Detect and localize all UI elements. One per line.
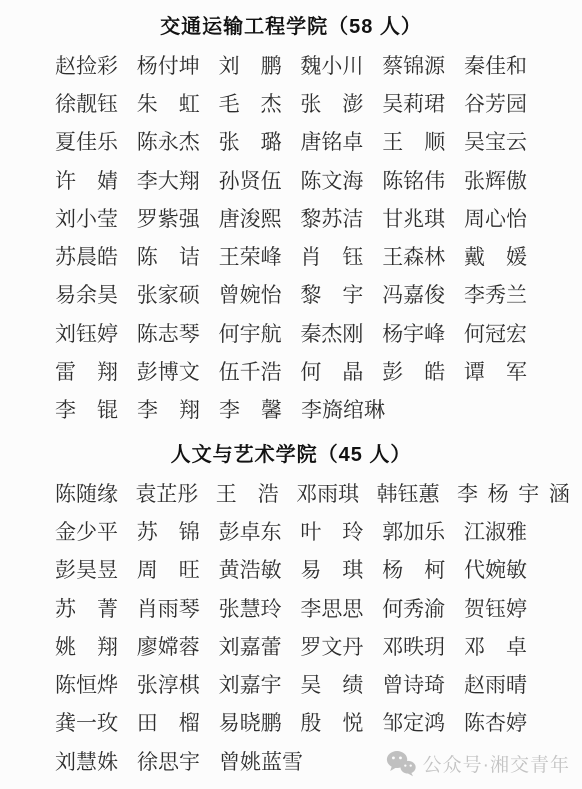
name-char: 易 (300, 560, 321, 581)
wechat-icon (386, 750, 416, 777)
name-char: 杨 (382, 560, 403, 581)
person-name: 陈铭伟 (382, 171, 445, 192)
name-char: 晶 (342, 362, 363, 383)
name-char: 吴 (300, 675, 321, 696)
name-char: 钰 (342, 247, 363, 268)
person-name: 周心怡 (464, 209, 527, 230)
person-name: 张璐 (219, 132, 282, 153)
person-name: 苏晨皓 (55, 247, 118, 268)
person-name: 邓雨琪 (296, 484, 359, 505)
person-name: 郭加乐 (382, 522, 445, 543)
name-char: 悦 (342, 713, 363, 734)
person-name: 曾诗琦 (382, 675, 445, 696)
name-char: 王 (382, 132, 403, 153)
name-char: 黎 (300, 285, 321, 306)
name-char: 田 (137, 713, 158, 734)
person-name: 王森林 (382, 247, 445, 268)
name-row: 姚翔廖嫦蓉刘嘉蕾罗文丹邓昳玥邓卓 (55, 628, 527, 666)
name-char: 浩 (258, 484, 279, 505)
name-char: 诘 (179, 247, 200, 268)
name-char: 绩 (342, 675, 363, 696)
person-name: 谭军 (464, 362, 527, 383)
person-name: 田榴 (137, 713, 200, 734)
watermark-text: 公众号·湘交青年 (423, 750, 570, 777)
section: 交通运输工程学院（58 人）赵捡彩杨付坤刘鹏魏小川蔡锦源秦佳和徐靓钰朱虹毛杰张澎… (55, 2, 527, 430)
person-name: 肖钰 (300, 247, 363, 268)
name-row: 龚一玫田榴易晓鹏殷悦邹定鸿陈杏婷 (55, 705, 527, 743)
name-char: 媛 (506, 247, 527, 268)
name-char: 王 (216, 484, 237, 505)
name-char: 皓 (424, 362, 445, 383)
person-name: 魏小川 (300, 56, 363, 77)
name-char: 旺 (179, 560, 200, 581)
person-name: 刘鹏 (219, 56, 282, 77)
person-name: 易余昊 (55, 285, 118, 306)
name-char: 菁 (97, 599, 118, 620)
name-char: 杰 (261, 94, 282, 115)
person-name: 李锟 (55, 400, 118, 421)
person-name: 杨付坤 (137, 56, 200, 77)
person-name: 徐靓钰 (55, 94, 118, 115)
person-name: 李旖绾琳 (301, 400, 388, 421)
name-char: 叶 (300, 522, 321, 543)
person-name: 刘小莹 (55, 209, 118, 230)
person-name: 戴媛 (464, 247, 527, 268)
person-name: 刘嘉蕾 (219, 637, 282, 658)
person-name: 彭昊昱 (55, 560, 118, 581)
name-char: 婧 (97, 171, 118, 192)
person-name: 张淳棋 (137, 675, 200, 696)
person-name: 唐铭卓 (300, 132, 363, 153)
person-name: 陈诘 (137, 247, 200, 268)
name-char: 锟 (97, 400, 118, 421)
person-name: 谷芳园 (464, 94, 527, 115)
person-name: 何冠宏 (464, 324, 527, 345)
name-char: 雷 (55, 362, 76, 383)
watermark: 公众号·湘交青年 (386, 750, 570, 777)
person-name: 李馨 (219, 400, 282, 421)
person-name: 蔡锦源 (382, 56, 445, 77)
name-row: 刘小莹罗紫强唐浚熙黎苏洁甘兆琪周心怡 (55, 200, 527, 238)
person-name: 邹定鸿 (382, 713, 445, 734)
name-char: 朱 (137, 94, 158, 115)
person-name: 韩钰蕙 (377, 484, 440, 505)
name-char: 玲 (342, 522, 363, 543)
name-char: 谭 (464, 362, 485, 383)
person-name: 刘嘉宇 (219, 675, 282, 696)
name-char: 殷 (300, 713, 321, 734)
person-name: 刘钰婷 (55, 324, 118, 345)
name-char: 翔 (179, 400, 200, 421)
name-char: 宇 (518, 484, 539, 505)
name-char: 邓 (464, 637, 485, 658)
name-char: 琪 (342, 560, 363, 581)
person-name: 曾姚蓝雪 (219, 752, 306, 773)
person-name: 罗紫强 (137, 209, 200, 230)
person-name: 廖嫦蓉 (137, 637, 200, 658)
person-name: 陈随缘 (55, 484, 118, 505)
name-char: 李 (137, 400, 158, 421)
name-char: 璐 (261, 132, 282, 153)
name-char: 陈 (137, 247, 158, 268)
name-char: 卓 (506, 637, 527, 658)
person-name: 苏锦 (137, 522, 200, 543)
name-row: 李锟李翔李馨李旖绾琳 (55, 392, 527, 430)
name-row: 许婧李大翔孙贤伍陈文海陈铭伟张辉傲 (55, 162, 527, 200)
name-char: 宇 (342, 285, 363, 306)
person-name: 彭皓 (382, 362, 445, 383)
person-name: 张慧玲 (219, 599, 282, 620)
person-name: 张澎 (300, 94, 363, 115)
name-char: 澎 (342, 94, 363, 115)
name-char: 张 (300, 94, 321, 115)
person-name: 陈恒烨 (55, 675, 118, 696)
name-char: 涵 (549, 484, 570, 505)
person-name: 邓卓 (464, 637, 527, 658)
person-name: 唐浚熙 (219, 209, 282, 230)
person-name: 伍千浩 (219, 362, 282, 383)
person-name: 黄浩敏 (219, 560, 282, 581)
person-name: 张辉傲 (464, 171, 527, 192)
name-char: 翔 (97, 637, 118, 658)
name-char: 戴 (464, 247, 485, 268)
name-char: 李 (219, 400, 240, 421)
person-name: 龚一玫 (55, 713, 118, 734)
person-name: 张家硕 (137, 285, 200, 306)
person-name: 黎苏洁 (300, 209, 363, 230)
person-name: 秦佳和 (464, 56, 527, 77)
name-char: 彭 (382, 362, 403, 383)
person-name: 吴莉珺 (382, 94, 445, 115)
person-name: 朱虹 (137, 94, 200, 115)
person-name: 毛杰 (219, 94, 282, 115)
person-name: 甘兆琪 (382, 209, 445, 230)
person-name: 金少平 (55, 522, 118, 543)
name-char: 苏 (137, 522, 158, 543)
person-name: 冯嘉俊 (382, 285, 445, 306)
name-row: 徐靓钰朱虹毛杰张澎吴莉珺谷芳园 (55, 85, 527, 123)
person-name: 苏菁 (55, 599, 118, 620)
name-char: 军 (506, 362, 527, 383)
name-char: 毛 (219, 94, 240, 115)
person-name: 杨宇峰 (382, 324, 445, 345)
sections: 交通运输工程学院（58 人）赵捡彩杨付坤刘鹏魏小川蔡锦源秦佳和徐靓钰朱虹毛杰张澎… (0, 0, 527, 781)
person-name: 黎宇 (300, 285, 363, 306)
section: 人文与艺术学院（45 人）陈随缘袁芷彤王浩邓雨琪韩钰蕙李杨宇涵金少平苏锦彭卓东叶… (55, 430, 527, 781)
person-name: 罗文丹 (300, 637, 363, 658)
person-name: 何秀渝 (382, 599, 445, 620)
name-row: 雷翔彭博文伍千浩何晶彭皓谭军 (55, 353, 527, 391)
name-char: 周 (137, 560, 158, 581)
name-row: 苏晨皓陈诘王荣峰肖钰王森林戴媛 (55, 238, 527, 276)
person-name: 彭卓东 (219, 522, 282, 543)
person-name: 何宇航 (219, 324, 282, 345)
person-name: 袁芷彤 (135, 484, 198, 505)
person-name: 陈杏婷 (464, 713, 527, 734)
person-name: 李秀兰 (464, 285, 527, 306)
person-name: 叶玲 (300, 522, 363, 543)
name-char: 刘 (219, 56, 240, 77)
person-name: 周旺 (137, 560, 200, 581)
name-char: 苏 (55, 599, 76, 620)
name-char: 杨 (488, 484, 509, 505)
name-row: 苏菁肖雨琴张慧玲李思思何秀渝贺钰婷 (55, 590, 527, 628)
person-name: 吴宝云 (464, 132, 527, 153)
name-char: 顺 (424, 132, 445, 153)
person-name: 易琪 (300, 560, 363, 581)
person-name: 代婉敏 (464, 560, 527, 581)
person-name: 陈志琴 (137, 324, 200, 345)
person-name: 李翔 (137, 400, 200, 421)
person-name: 陈永杰 (137, 132, 200, 153)
name-char: 李 (55, 400, 76, 421)
person-name: 王荣峰 (219, 247, 282, 268)
person-name: 彭博文 (137, 362, 200, 383)
person-name: 杨柯 (382, 560, 445, 581)
person-name: 何晶 (300, 362, 363, 383)
name-char: 许 (55, 171, 76, 192)
name-char: 何 (300, 362, 321, 383)
person-name: 肖雨琴 (137, 599, 200, 620)
name-row: 刘钰婷陈志琴何宇航秦杰刚杨宇峰何冠宏 (55, 315, 527, 353)
name-row: 夏佳乐陈永杰张璐唐铭卓王顺吴宝云 (55, 124, 527, 162)
person-name: 孙贤伍 (219, 171, 282, 192)
person-name: 贺钰婷 (464, 599, 527, 620)
person-name: 江淑雅 (464, 522, 527, 543)
name-char: 榴 (179, 713, 200, 734)
section-title: 人文与艺术学院（45 人） (55, 430, 527, 475)
person-name: 王顺 (382, 132, 445, 153)
person-name: 李大翔 (137, 171, 200, 192)
name-row: 易余昊张家硕曾婉怡黎宇冯嘉俊李秀兰 (55, 277, 527, 315)
person-name: 夏佳乐 (55, 132, 118, 153)
name-char: 虹 (179, 94, 200, 115)
person-name: 赵雨晴 (464, 675, 527, 696)
name-row: 彭昊昱周旺黄浩敏易琪杨柯代婉敏 (55, 552, 527, 590)
person-name: 曾婉怡 (219, 285, 282, 306)
person-name: 李杨宇涵 (457, 484, 570, 505)
section-title: 交通运输工程学院（58 人） (55, 2, 527, 47)
name-char: 馨 (261, 400, 282, 421)
name-row: 陈随缘袁芷彤王浩邓雨琪韩钰蕙李杨宇涵 (55, 475, 570, 513)
person-name: 秦杰刚 (300, 324, 363, 345)
name-list-document: 交通运输工程学院（58 人）赵捡彩杨付坤刘鹏魏小川蔡锦源秦佳和徐靓钰朱虹毛杰张澎… (0, 0, 582, 789)
person-name: 刘慧姝 (55, 752, 118, 773)
name-row: 金少平苏锦彭卓东叶玲郭加乐江淑雅 (55, 513, 527, 551)
person-name: 吴绩 (300, 675, 363, 696)
name-row: 陈恒烨张淳棋刘嘉宇吴绩曾诗琦赵雨晴 (55, 666, 527, 704)
name-char: 肖 (300, 247, 321, 268)
person-name: 殷悦 (300, 713, 363, 734)
person-name: 李思思 (300, 599, 363, 620)
person-name: 姚翔 (55, 637, 118, 658)
name-char: 鹏 (261, 56, 282, 77)
person-name: 雷翔 (55, 362, 118, 383)
person-name: 许婧 (55, 171, 118, 192)
name-char: 柯 (424, 560, 445, 581)
name-char: 姚 (55, 637, 76, 658)
name-row: 赵捡彩杨付坤刘鹏魏小川蔡锦源秦佳和 (55, 47, 527, 85)
person-name: 易晓鹏 (219, 713, 282, 734)
person-name: 王浩 (216, 484, 279, 505)
person-name: 徐思宇 (137, 752, 200, 773)
name-char: 翔 (97, 362, 118, 383)
name-char: 李 (457, 484, 478, 505)
person-name: 陈文海 (300, 171, 363, 192)
person-name: 邓昳玥 (382, 637, 445, 658)
person-name: 赵捡彩 (55, 56, 118, 77)
name-char: 张 (219, 132, 240, 153)
name-char: 锦 (179, 522, 200, 543)
